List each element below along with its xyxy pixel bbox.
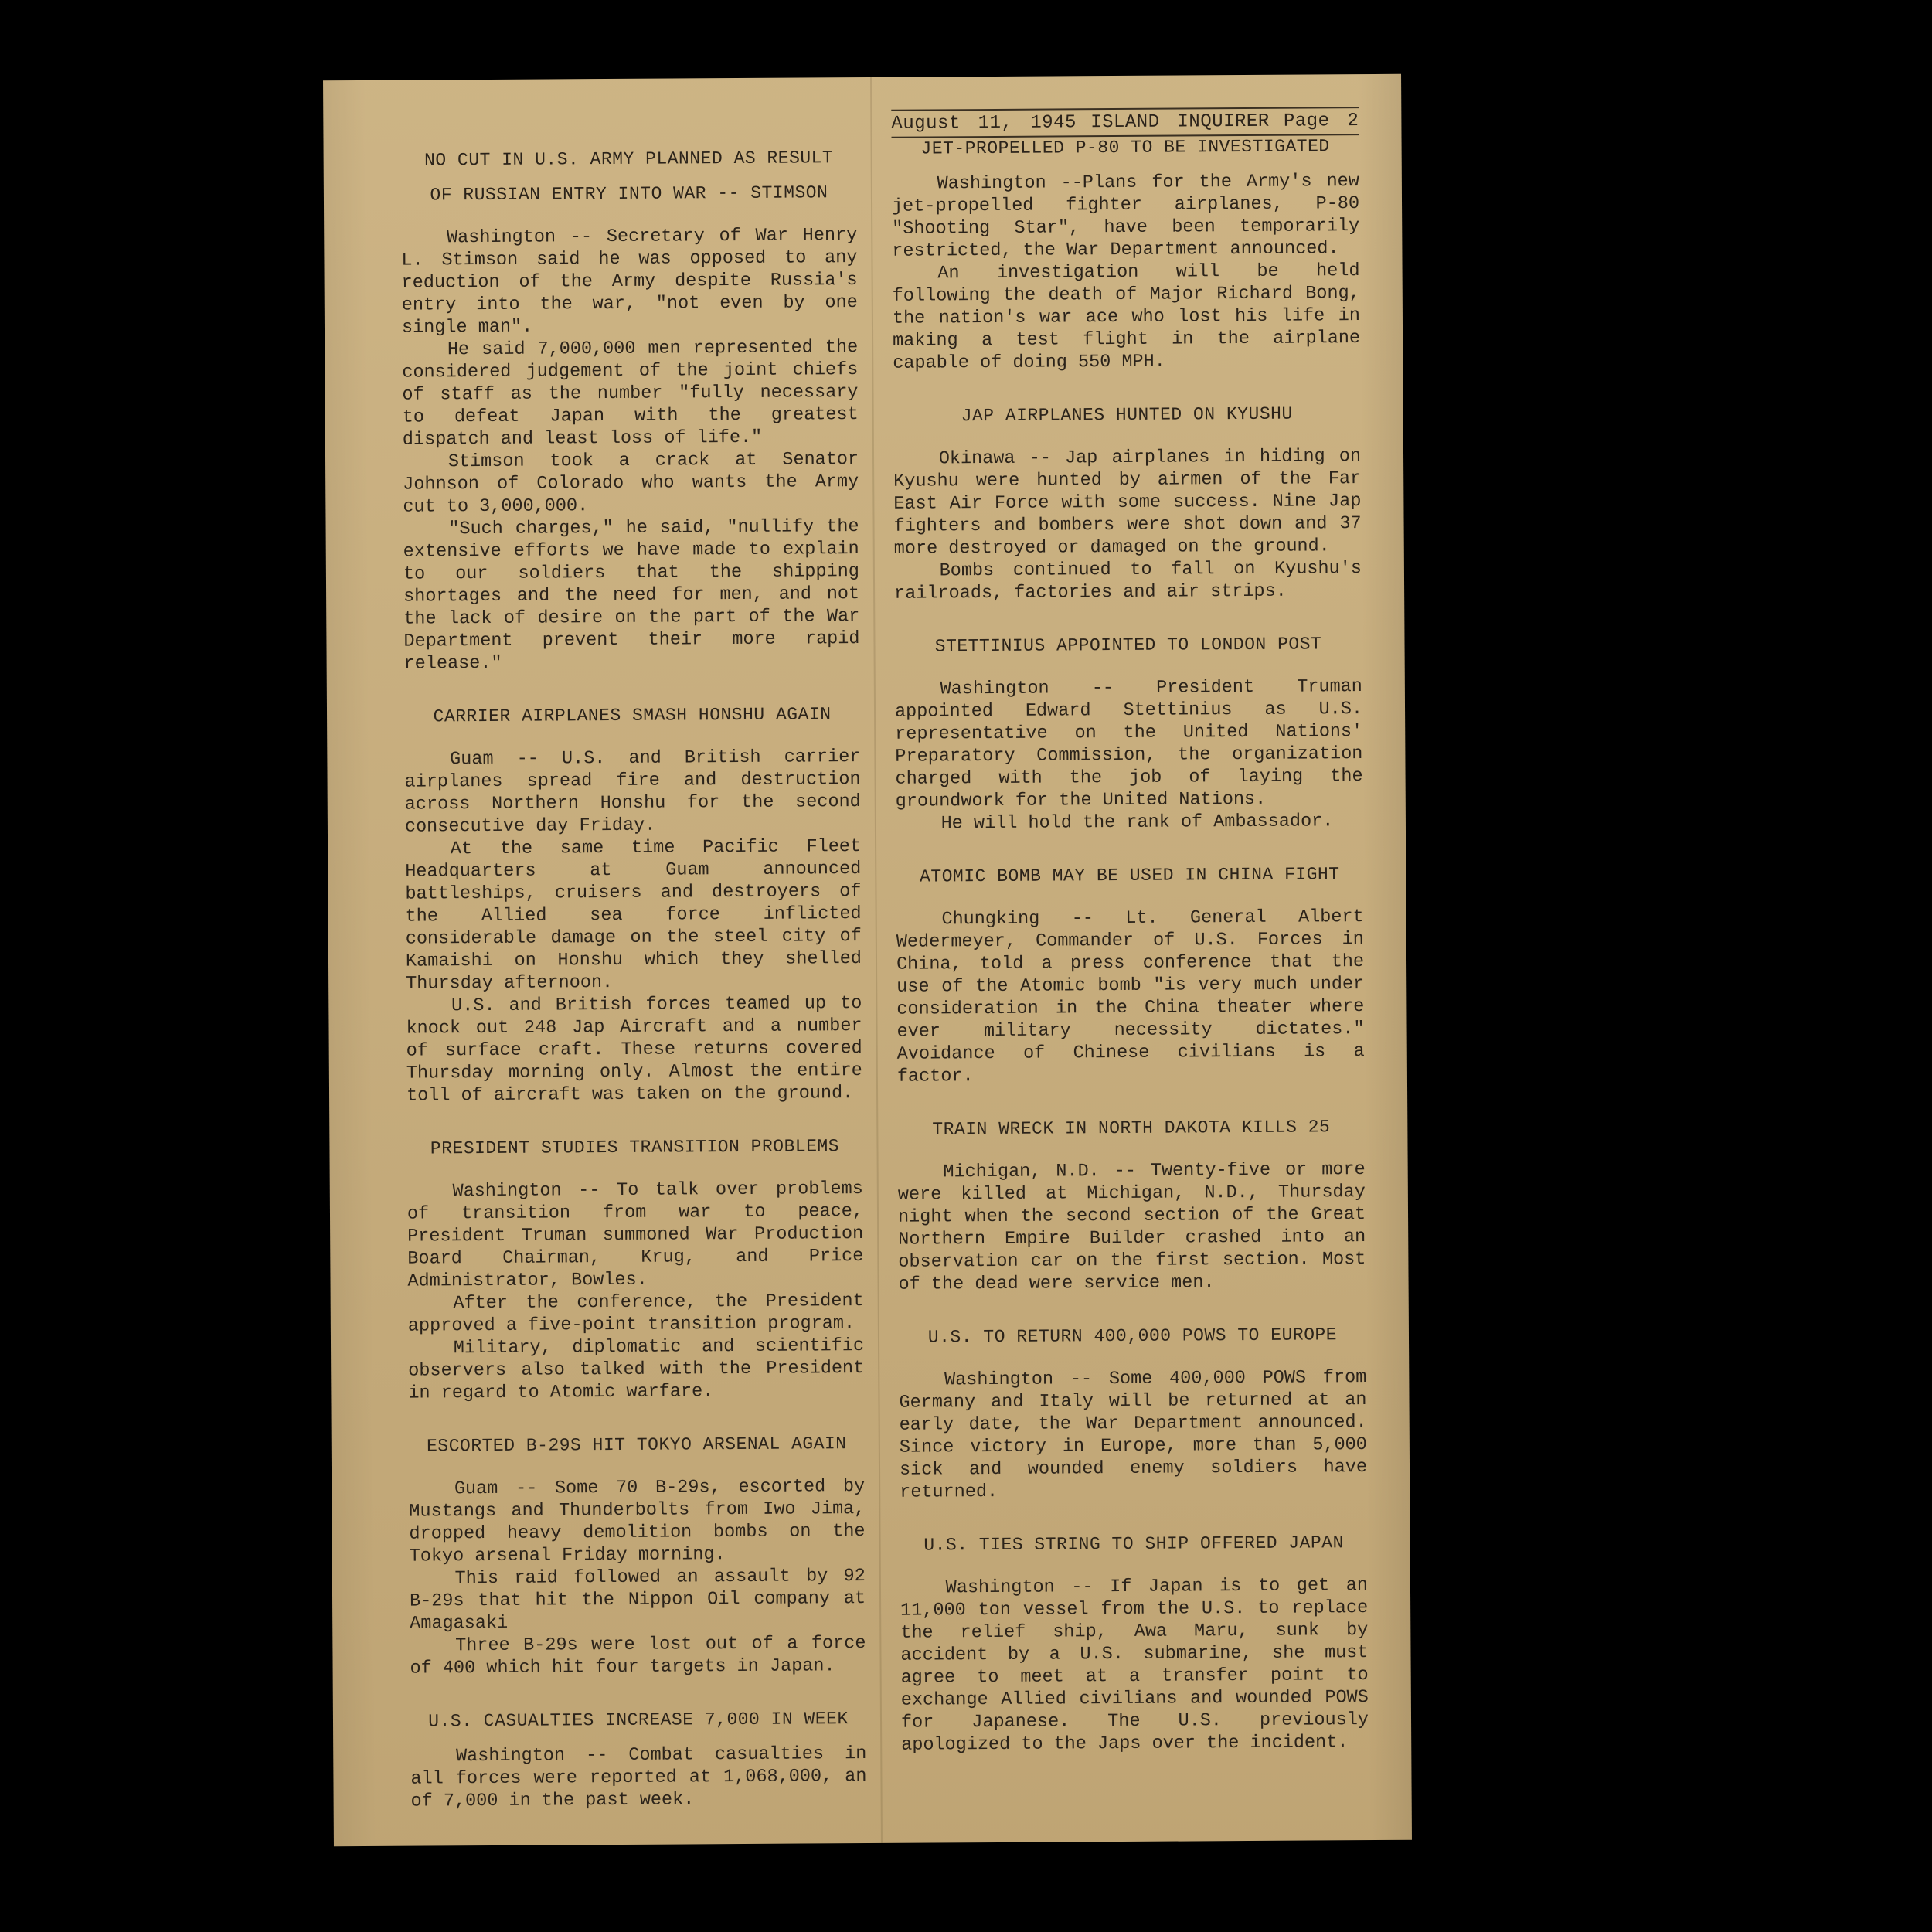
paragraph: "Such charges," he said, "nullify the ex… bbox=[403, 515, 859, 675]
masthead: August 11, 1945 ISLAND INQUIRER Page 2 bbox=[891, 107, 1359, 138]
paragraph: Washington -- To talk over problems of t… bbox=[407, 1178, 864, 1293]
headline: ESCORTED B-29s HIT TOKYO ARSENAL AGAIN bbox=[409, 1433, 865, 1458]
paragraph: Bombs continued to fall on Kyushu's rail… bbox=[894, 557, 1362, 605]
paragraph: Guam -- U.S. and British carrier airplan… bbox=[404, 746, 861, 838]
paragraph: Okinawa -- Jap airplanes in hiding on Ky… bbox=[893, 445, 1362, 560]
right-column: August 11, 1945 ISLAND INQUIRER Page 2 J… bbox=[891, 74, 1369, 1787]
headline: JAP AIRPLANES HUNTED ON KYUSHU bbox=[893, 403, 1361, 428]
masthead-paper-name: ISLAND INQUIRER bbox=[1090, 111, 1270, 134]
article-carrier-airplanes: CARRIER AIRPLANES SMASH HONSHU AGAIN Gua… bbox=[404, 703, 862, 1107]
paragraph: At the same time Pacific Fleet Headquart… bbox=[405, 835, 862, 995]
paragraph: After the conference, the President appr… bbox=[408, 1290, 864, 1338]
article-pows: U.S. TO RETURN 400,000 POWS TO EUROPE Wa… bbox=[899, 1324, 1367, 1504]
headline: ATOMIC BOMB MAY BE USED IN CHINA FIGHT bbox=[896, 863, 1363, 889]
paragraph: Guam -- Some 70 B-29s, escorted by Musta… bbox=[409, 1475, 866, 1568]
headline: CARRIER AIRPLANES SMASH HONSHU AGAIN bbox=[404, 703, 860, 729]
fold-crease bbox=[870, 77, 883, 1843]
headline-line-2: OF RUSSIAN ENTRY INTO WAR -- STIMSON bbox=[401, 182, 857, 207]
headline: JET-PROPELLED P-80 TO BE INVESTIGATED bbox=[892, 135, 1359, 161]
article-army-cut: NO CUT IN U.S. ARMY PLANNED AS RESULT OF… bbox=[401, 147, 860, 675]
paragraph: He said 7,000,000 men represented the co… bbox=[402, 336, 859, 451]
article-casualties: U.S. CASUALTIES INCREASE 7,000 IN WEEK W… bbox=[410, 1708, 867, 1813]
paragraph: He will hold the rank of Ambassador. bbox=[896, 810, 1363, 835]
article-train-wreck: TRAIN WRECK IN NORTH DAKOTA KILLS 25 Mic… bbox=[897, 1116, 1366, 1296]
headline: TRAIN WRECK IN NORTH DAKOTA KILLS 25 bbox=[897, 1116, 1365, 1141]
paragraph: Stimson took a crack at Senator Johnson … bbox=[403, 448, 859, 519]
paragraph: Washington -- Some 400,000 POWS from Ger… bbox=[899, 1366, 1367, 1504]
paragraph: Washington -- Secretary of War Henry L. … bbox=[401, 224, 858, 339]
paragraph: This raid followed an assault by 92 B-29… bbox=[410, 1565, 866, 1635]
headline: STETTINIUS APPOINTED TO LONDON POST bbox=[894, 633, 1362, 658]
headline: U.S. TIES STRING TO SHIP OFFERED JAPAN bbox=[900, 1532, 1368, 1557]
paragraph: Michigan, N.D. -- Twenty-five or more we… bbox=[898, 1158, 1366, 1296]
masthead-date: August 11, 1945 bbox=[891, 111, 1077, 134]
left-column: NO CUT IN U.S. ARMY PLANNED AS RESULT OF… bbox=[400, 77, 867, 1844]
newspaper-page: NO CUT IN U.S. ARMY PLANNED AS RESULT OF… bbox=[323, 74, 1412, 1846]
article-stettinius: STETTINIUS APPOINTED TO LONDON POST Wash… bbox=[894, 633, 1363, 835]
article-transition-problems: PRESIDENT STUDIES TRANSITION PROBLEMS Wa… bbox=[406, 1135, 864, 1405]
paragraph: Three B-29s were lost out of a force of … bbox=[410, 1632, 866, 1680]
article-ship-japan: U.S. TIES STRING TO SHIP OFFERED JAPAN W… bbox=[900, 1532, 1369, 1757]
headline: PRESIDENT STUDIES TRANSITION PROBLEMS bbox=[406, 1135, 862, 1161]
article-p80: JET-PROPELLED P-80 TO BE INVESTIGATED Wa… bbox=[892, 135, 1361, 375]
headline: U.S. CASUALTIES INCREASE 7,000 IN WEEK bbox=[410, 1708, 866, 1733]
headline: U.S. TO RETURN 400,000 POWS TO EUROPE bbox=[899, 1324, 1366, 1349]
headline: NO CUT IN U.S. ARMY PLANNED AS RESULT bbox=[401, 147, 857, 172]
article-atomic-china: ATOMIC BOMB MAY BE USED IN CHINA FIGHT C… bbox=[896, 863, 1365, 1088]
paragraph: Military, diplomatic and scientific obse… bbox=[408, 1335, 865, 1405]
paragraph: An investigation will be held following … bbox=[892, 260, 1360, 375]
paragraph: Washington --Plans for the Army's new je… bbox=[892, 170, 1360, 263]
paragraph: Chungking -- Lt. General Albert Wedermey… bbox=[896, 906, 1365, 1088]
paragraph: Washington -- If Japan is to get an 11,0… bbox=[900, 1574, 1369, 1757]
article-kyushu: JAP AIRPLANES HUNTED ON KYUSHU Okinawa -… bbox=[893, 403, 1362, 605]
article-b29-tokyo: ESCORTED B-29s HIT TOKYO ARSENAL AGAIN G… bbox=[409, 1433, 866, 1680]
paragraph: U.S. and British forces teamed up to kno… bbox=[406, 992, 862, 1107]
paragraph: Washington -- President Truman appointed… bbox=[895, 675, 1363, 813]
masthead-page-number: Page 2 bbox=[1284, 110, 1359, 133]
paragraph: Washington -- Combat casualties in all f… bbox=[410, 1743, 867, 1813]
